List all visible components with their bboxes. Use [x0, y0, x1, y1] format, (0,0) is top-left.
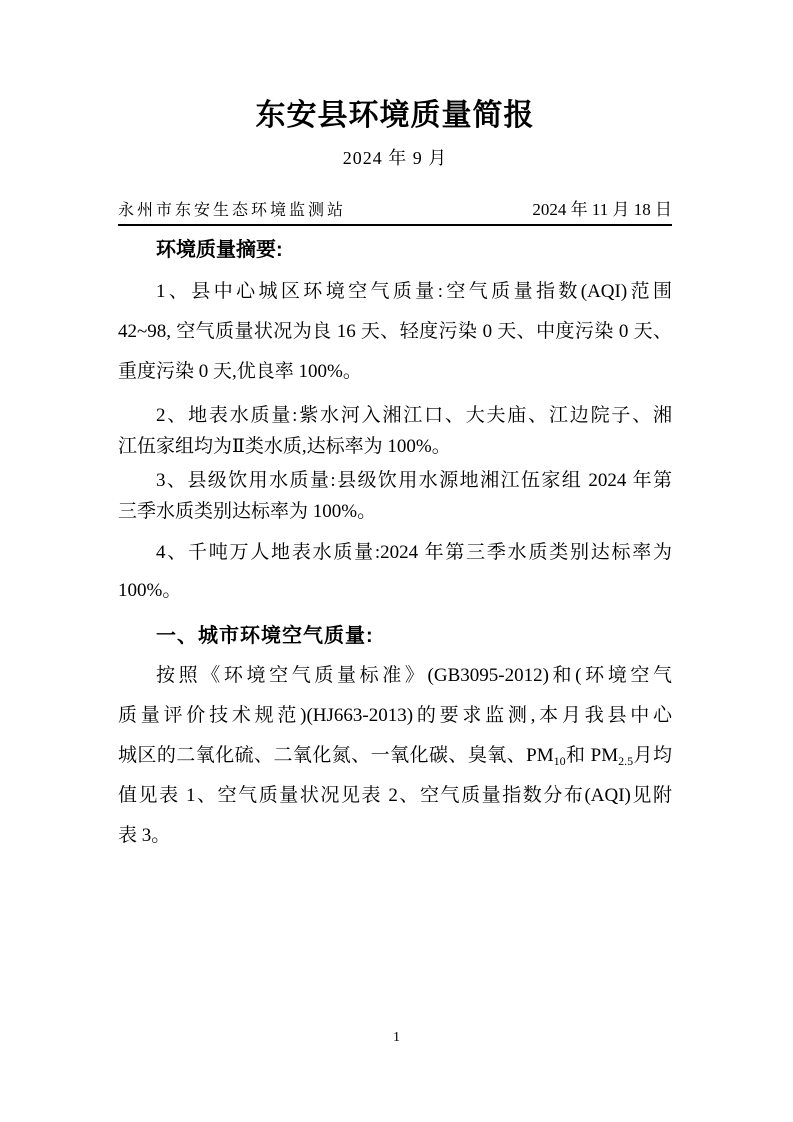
page-number: 1 — [0, 1030, 793, 1046]
text-line: 三季水质类别达标率为 100%。 — [118, 496, 672, 527]
summary-item-1: 1、县中心城区环境空气质量:空气质量指数(AQI)范围 42~98, 空气质量状… — [118, 272, 672, 392]
document-content: 东安县环境质量简报 2024 年 9 月 永州市东安生态环境监测站 2024 年… — [0, 0, 793, 856]
text-line: 重度污染 0 天,优良率 100%。 — [118, 352, 672, 392]
pm25-subscript: 2.5 — [618, 754, 633, 768]
document-subtitle: 2024 年 9 月 — [118, 146, 672, 170]
issuing-agency: 永州市东安生态环境监测站 — [118, 201, 346, 221]
document-title: 东安县环境质量简报 — [118, 0, 672, 136]
summary-item-3: 3、县级饮用水质量:县级饮用水源地湘江伍家组 2024 年第 三季水质类别达标率… — [118, 465, 672, 527]
pm10-subscript: 10 — [554, 754, 566, 768]
text-line: 值见表 1、空气质量状况见表 2、空气质量指数分布(AQI)见附 — [118, 776, 672, 816]
text-line: 1、县中心城区环境空气质量:空气质量指数(AQI)范围 — [118, 272, 672, 312]
text-segment: 月均 — [633, 745, 672, 766]
text-line: 质量评价技术规范)(HJ663-2013)的要求监测,本月我县中心 — [118, 696, 672, 736]
section-1-heading: 一、城市环境空气质量: — [118, 623, 672, 650]
text-line: 100%。 — [118, 572, 672, 610]
text-line: 表 3。 — [118, 816, 672, 856]
text-line: 3、县级饮用水质量:县级饮用水源地湘江伍家组 2024 年第 — [118, 465, 672, 496]
text-line: 按照《环境空气质量标准》(GB3095-2012)和(环境空气 — [118, 656, 672, 696]
issue-date: 2024 年 11 月 18 日 — [532, 200, 672, 220]
summary-item-4: 4、千吨万人地表水质量:2024 年第三季水质类别达标率为 100%。 — [118, 534, 672, 610]
text-segment: 城区的二氧化硫、二氧化氮、一氧化碳、臭氧、PM — [118, 745, 554, 766]
summary-item-2: 2、地表水质量:紫水河入湘江口、大夫庙、江边院子、湘 江伍家组均为Ⅱ类水质,达标… — [118, 400, 672, 462]
document-page: 东安县环境质量简报 2024 年 9 月 永州市东安生态环境监测站 2024 年… — [0, 0, 793, 1122]
text-line: 2、地表水质量:紫水河入湘江口、大夫庙、江边院子、湘 — [118, 400, 672, 431]
text-line: 城区的二氧化硫、二氧化氮、一氧化碳、臭氧、PM10和 PM2.5月均 — [118, 736, 672, 776]
text-segment: 和 PM — [566, 745, 619, 766]
text-line: 4、千吨万人地表水质量:2024 年第三季水质类别达标率为 — [118, 534, 672, 572]
document-header-row: 永州市东安生态环境监测站 2024 年 11 月 18 日 — [118, 200, 672, 226]
summary-heading: 环境质量摘要: — [118, 237, 672, 263]
text-line: 42~98, 空气质量状况为良 16 天、轻度污染 0 天、中度污染 0 天、 — [118, 312, 672, 352]
text-line: 江伍家组均为Ⅱ类水质,达标率为 100%。 — [118, 431, 672, 462]
section-1-paragraph: 按照《环境空气质量标准》(GB3095-2012)和(环境空气 质量评价技术规范… — [118, 656, 672, 856]
